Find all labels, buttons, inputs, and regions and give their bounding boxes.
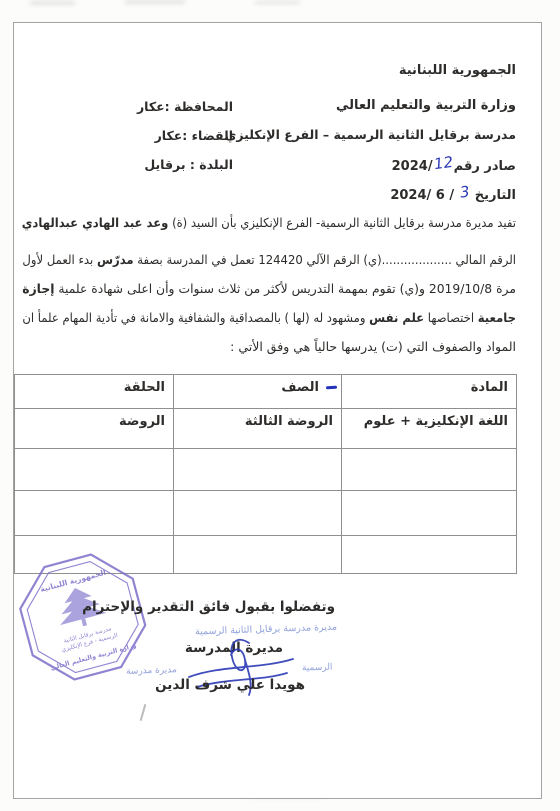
- teacher-name: وعد عبد الهادي عبدالهادي: [22, 215, 169, 230]
- body-text: ومشهود له (لها ) بالمصداقية والشفافية وا…: [22, 310, 369, 325]
- cell-class: الروضة الثالثة: [174, 409, 342, 449]
- document-page: الجمهورية اللبنانية وزارة التربية والتعل…: [13, 22, 542, 799]
- cell-empty: [174, 449, 342, 491]
- issue-number-handwritten: 12: [432, 153, 453, 173]
- cell-empty: [15, 491, 174, 536]
- scan-artifact: [125, 0, 185, 4]
- header-cell-class-label: الصف: [281, 380, 319, 395]
- body-text-bold: جامعية: [478, 310, 516, 325]
- subjects-table: المادة الصف الحلقة اللغة الإنكليزية + عل…: [14, 374, 517, 574]
- cell-subject: اللغة الإنكليزية + علوم: [342, 409, 517, 449]
- district-label: القضاء :عكار: [155, 128, 233, 143]
- cell-empty: [342, 449, 517, 491]
- body-text: مرة 2019/10/8 و(ي) تقوم بمهمة التدريس لأ…: [54, 281, 516, 296]
- body-text: اختصاصها: [424, 310, 478, 325]
- pen-mark: [326, 386, 337, 390]
- body-line-3: مرة 2019/10/8 و(ي) تقوم بمهمة التدريس لأ…: [28, 281, 516, 303]
- official-stamp: الجمهورية اللبنانية مدرسة برقايل الثانية…: [17, 551, 149, 685]
- body-line-2: الرقم المالي ...................(ي) الرق…: [56, 252, 516, 274]
- table-header-row: المادة الصف الحلقة: [15, 375, 517, 409]
- school-title: مدرسة برقايل الثانية الرسمية – الفرع الإ…: [225, 127, 516, 142]
- republic-title: الجمهورية اللبنانية: [399, 63, 516, 78]
- table-row: اللغة الإنكليزية + علوم الروضة الثالثة ا…: [15, 409, 517, 449]
- date-day-handwritten: 3: [458, 182, 470, 201]
- body-text: تفيد مديرة مدرسة برقايل الثانية الرسمية-…: [168, 215, 516, 230]
- body-text-bold: إجازة: [22, 281, 54, 296]
- name-stamp-fragment-left: مديرة مدرسة: [126, 665, 177, 677]
- date-month-year: 2024/ 6 /: [390, 188, 454, 203]
- issue-number-line: صادر رقم122024/: [392, 156, 516, 174]
- name-stamp-fragment-right: الرسمية: [302, 662, 333, 673]
- governorate-label: المحافظة :عكار: [137, 99, 233, 114]
- subjects-table-wrap: المادة الصف الحلقة اللغة الإنكليزية + عل…: [14, 374, 517, 574]
- stamp-republic-text: الجمهورية اللبنانية: [39, 568, 107, 594]
- table-row: [15, 491, 517, 536]
- signer-name: هويدا علي شرف الدين: [155, 677, 305, 693]
- town-label: البلدة : برقايل: [144, 157, 233, 172]
- body-text: بدء العمل لأول: [22, 252, 97, 267]
- closing-salutation: وتفضلوا بقبول فائق التقدير والإحترام: [82, 599, 335, 615]
- issue-year: 2024/: [392, 159, 433, 174]
- scan-artifact: [255, 1, 300, 4]
- cell-empty: [174, 491, 342, 536]
- issue-label: صادر رقم: [454, 159, 516, 174]
- pencil-mark: [140, 704, 147, 721]
- date-line: التاريخ 3 2024/ 6 /: [390, 185, 516, 203]
- date-label: التاريخ: [475, 188, 516, 203]
- handwritten-signature: [179, 633, 304, 705]
- header-cell-class: الصف: [174, 375, 342, 409]
- table-row: [15, 449, 517, 491]
- body-line-5: المواد والصفوف التي (ت) يدرسها حالياً هي…: [22, 339, 516, 361]
- body-text-bold: علم نفس: [369, 310, 424, 325]
- body-line-4: جامعية اختصاصها علم نفس ومشهود له (لها )…: [57, 310, 516, 332]
- scanned-document: الجمهورية اللبنانية وزارة التربية والتعل…: [0, 0, 560, 811]
- cell-cycle: الروضة: [15, 409, 174, 449]
- scan-artifact: [30, 1, 75, 5]
- ministry-title: وزارة التربية والتعليم العالي: [336, 98, 516, 113]
- cell-empty: [15, 449, 174, 491]
- cell-empty: [342, 491, 517, 536]
- cell-empty: [174, 536, 342, 574]
- body-text-bold: مدرّس: [97, 252, 134, 267]
- cell-empty: [342, 536, 517, 574]
- body-text: الرقم المالي ...................(ي) الرق…: [134, 252, 516, 267]
- body-line-1: تفيد مديرة مدرسة برقايل الثانية الرسمية-…: [57, 215, 516, 237]
- header-cell-cycle: الحلقة: [15, 375, 174, 409]
- header-cell-subject: المادة: [342, 375, 517, 409]
- cedar-trunk: [81, 618, 87, 626]
